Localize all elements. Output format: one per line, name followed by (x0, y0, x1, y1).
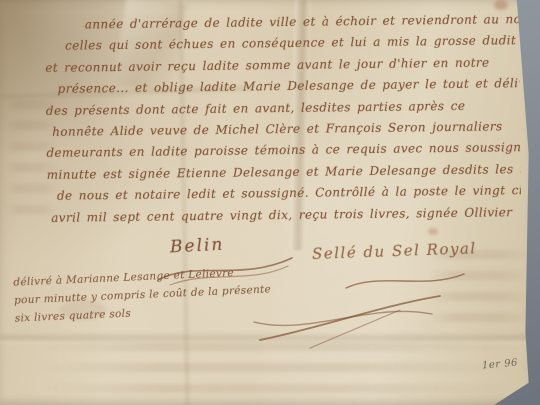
seal-inscription-flourish (340, 268, 470, 294)
foxing-spot (428, 228, 438, 235)
manuscript-photo: année d'arrérage de ladite ville et à éc… (0, 0, 540, 405)
large-cross-flourish (250, 292, 450, 352)
verso-bleedthrough-bottom (40, 342, 510, 405)
parchment-sheet: année d'arrérage de ladite ville et à éc… (0, 0, 540, 405)
royal-seal-inscription: Sellé du Sel Royal (312, 239, 477, 263)
manuscript-text-block: année d'arrérage de ladite ville et à éc… (45, 9, 522, 229)
margin-delivery-note: délivré à Marianne Lesange et Lelievre p… (13, 262, 272, 327)
notary-signature: Belin (170, 235, 225, 258)
horizontal-fold-crease (0, 332, 540, 344)
pencil-price-annotation: 1er 96 (482, 357, 519, 371)
verso-bleedthrough-right (430, 250, 530, 334)
